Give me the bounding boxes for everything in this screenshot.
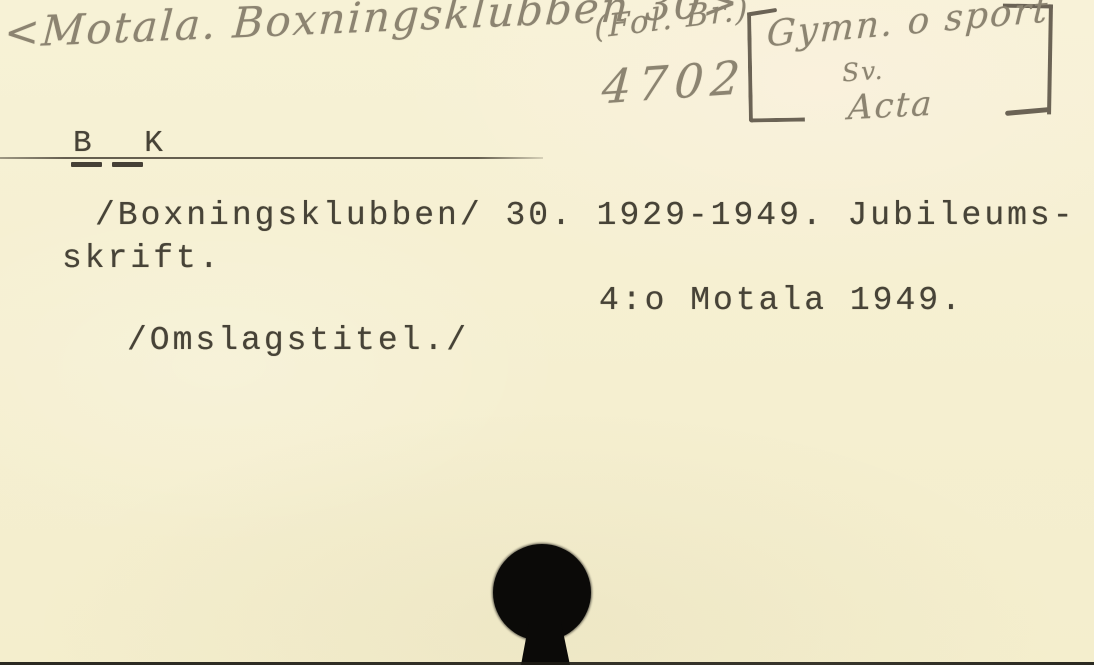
cover-title-note: /Omslagstitel./ <box>127 322 469 359</box>
heading-rule <box>0 157 543 159</box>
catalog-card: <Motala. Boxningsklubben 30> (Fol. Br.) … <box>0 0 1094 665</box>
hole-punch-slot-icon <box>520 622 570 665</box>
handwritten-shelf-number: 4702 <box>600 50 749 115</box>
imprint-line: 4:o Motala 1949. <box>599 282 964 319</box>
heading-underline-mark <box>112 162 143 167</box>
hole-punch-circle-icon <box>493 544 591 641</box>
title-line-2: skrift. <box>62 240 222 277</box>
handwritten-format-note: (Fol. Br.) <box>594 0 750 46</box>
typed-heading: B K <box>73 126 180 161</box>
classification-country: Sv. <box>841 56 885 88</box>
heading-underline-mark <box>71 162 102 167</box>
classification-series: Acta <box>847 84 935 129</box>
title-line-1: /Boxningsklubben/ 30. 1929-1949. Jubileu… <box>95 197 1076 234</box>
